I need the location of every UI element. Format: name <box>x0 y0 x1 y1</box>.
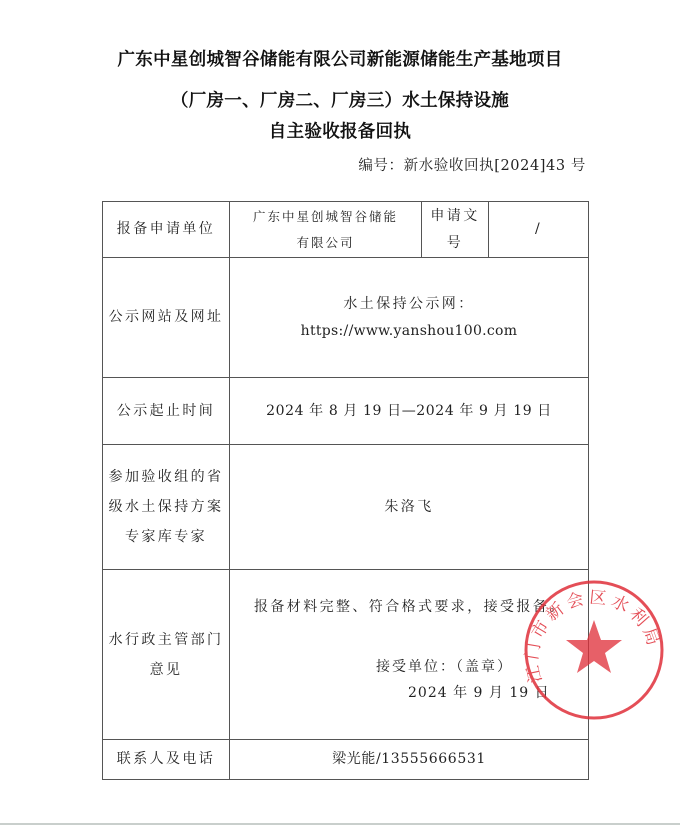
document-number: 编号：新水验收回执[2024]43 号 <box>358 154 586 175</box>
website-url[interactable]: https://www.yanshou100.com <box>230 318 588 345</box>
opinion-text: 报备材料完整、符合格式要求，接受报备。 <box>254 594 566 621</box>
website-value: 水土保持公示网： https://www.yanshou100.com <box>230 258 589 378</box>
expert-label-line-3: 专家库专家 <box>103 522 229 552</box>
filing-receipt-table: 报备申请单位 广东中星创城智谷储能 有限公司 申请文 号 / 公示网站及网址 水… <box>102 201 589 780</box>
applicant-value-line-2: 有限公司 <box>230 230 421 256</box>
row-website: 公示网站及网址 水土保持公示网： https://www.yanshou100.… <box>103 258 589 378</box>
opinion-label-line-2: 意见 <box>103 655 229 685</box>
row-opinion: 水行政主管部门 意见 报备材料完整、符合格式要求，接受报备。 接受单位：（盖章）… <box>103 570 589 740</box>
opinion-label-line-1: 水行政主管部门 <box>103 625 229 655</box>
applicant-label: 报备申请单位 <box>103 202 230 258</box>
applicant-value-line-1: 广东中星创城智谷储能 <box>230 204 421 230</box>
website-name: 水土保持公示网： <box>230 291 588 318</box>
applicant-value: 广东中星创城智谷储能 有限公司 <box>230 202 422 258</box>
receiver-label: 接受单位：（盖章） <box>376 654 513 681</box>
website-label: 公示网站及网址 <box>103 258 230 378</box>
expert-label-line-2: 级水土保持方案 <box>103 492 229 522</box>
expert-label-line-1: 参加验收组的省 <box>103 462 229 492</box>
application-no-label-line-2: 号 <box>422 230 488 257</box>
contact-label: 联系人及电话 <box>103 740 230 780</box>
period-label: 公示起止时间 <box>103 378 230 445</box>
row-expert: 参加验收组的省 级水土保持方案 专家库专家 朱洛飞 <box>103 445 589 570</box>
application-no-value: / <box>489 202 589 258</box>
document-title-line-3: 自主验收报备回执 <box>0 118 680 143</box>
contact-value: 梁光能/13555666531 <box>230 740 589 780</box>
sign-date: 2024 年 9 月 19 日 <box>408 680 550 707</box>
document-title-line-1: 广东中星创城智谷储能有限公司新能源储能生产基地项目 <box>0 46 680 71</box>
period-value: 2024 年 8 月 19 日—2024 年 9 月 19 日 <box>230 378 589 445</box>
row-applicant: 报备申请单位 广东中星创城智谷储能 有限公司 申请文 号 / <box>103 202 589 258</box>
expert-value: 朱洛飞 <box>230 445 589 570</box>
application-no-label: 申请文 号 <box>422 202 489 258</box>
document-title-line-2: （厂房一、厂房二、厂房三）水土保持设施 <box>0 87 680 112</box>
opinion-label: 水行政主管部门 意见 <box>103 570 230 740</box>
star-icon <box>566 620 622 673</box>
row-period: 公示起止时间 2024 年 8 月 19 日—2024 年 9 月 19 日 <box>103 378 589 445</box>
page-bottom-divider <box>0 823 680 825</box>
opinion-value: 报备材料完整、符合格式要求，接受报备。 接受单位：（盖章） 2024 年 9 月… <box>230 570 589 740</box>
application-no-label-line-1: 申请文 <box>422 203 488 230</box>
row-contact: 联系人及电话 梁光能/13555666531 <box>103 740 589 780</box>
expert-label: 参加验收组的省 级水土保持方案 专家库专家 <box>103 445 230 570</box>
